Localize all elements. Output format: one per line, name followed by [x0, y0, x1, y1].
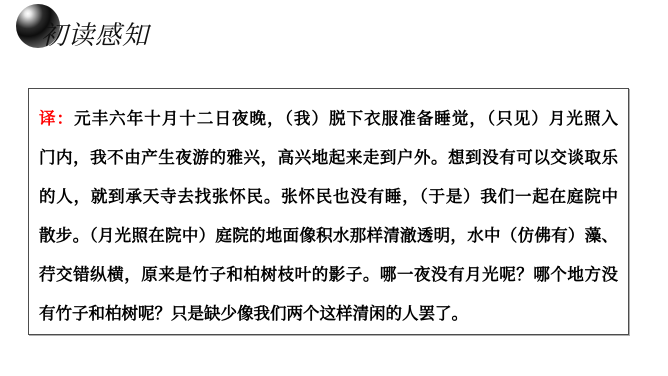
translation-line-1-text: 元丰六年十月十二日夜晚，（我）脱下衣服准备睡觉，（只见）月光照入 — [74, 110, 618, 128]
page-title: 初读感知 — [41, 20, 149, 50]
translation-line-3: 的人，就到承天寺去找张怀民。张怀民也没有睡，（于是）我们一起在庭院中 — [39, 178, 618, 217]
slide: 初读感知 译：元丰六年十月十二日夜晚，（我）脱下衣服准备睡觉，（只见）月光照入 … — [0, 0, 668, 376]
translation-box: 译：元丰六年十月十二日夜晚，（我）脱下衣服准备睡觉，（只见）月光照入 门内，我不… — [28, 88, 629, 335]
slide-header: 初读感知 — [0, 0, 668, 60]
translation-line-2: 门内，我不由产生夜游的雅兴，高兴地起来走到户外。想到没有可以交谈取乐 — [39, 139, 618, 178]
translation-label: 译： — [39, 110, 74, 128]
translation-line-6: 有竹子和柏树呢？只是缺少像我们两个这样清闲的人罢了。 — [39, 295, 618, 334]
translation-line-1: 译：元丰六年十月十二日夜晚，（我）脱下衣服准备睡觉，（只见）月光照入 — [39, 100, 618, 139]
translation-line-4: 散步。（月光照在院中）庭院的地面像积水那样清澈透明，水中（仿佛有）藻、 — [39, 217, 618, 256]
translation-line-5: 荇交错纵横，原来是竹子和柏树枝叶的影子。哪一夜没有月光呢？哪个地方没 — [39, 256, 618, 295]
